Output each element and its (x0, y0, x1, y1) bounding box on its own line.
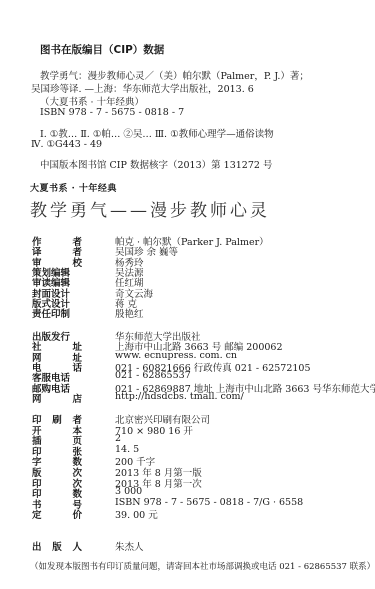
cip-line-1: 教学勇气：漫步教师心灵／（美）帕尔默（Palmer，P. J.）著； (40, 68, 309, 82)
cip-line-3: （大夏书系 · 十年经典） (40, 94, 144, 108)
publisher-person-label: 出版人 (32, 539, 82, 553)
publisher-value: http://hdsdcbs. tmall. com/ (115, 391, 244, 405)
printing-row: 定价39. 00 元 (32, 507, 158, 521)
cip-isbn: ISBN 978 - 7 - 5675 - 0818 - 7 (40, 107, 184, 118)
credit-row: 责任印制殷艳红 (32, 306, 144, 320)
quality-notice: （如发现本版图书有印订质量问题，请寄回本社市场部调换或电话 021 - 6286… (30, 560, 375, 572)
publisher-person-value: 朱杰人 (115, 539, 144, 553)
cip-classification-2: Ⅳ. ①G443 - 49 (31, 139, 102, 150)
cip-classification-1: Ⅰ. ①教… Ⅱ. ①帕… ②吴… Ⅲ. ①教师心理学—通俗读物 (40, 126, 274, 140)
book-title: 教学勇气——漫步教师心灵 (30, 196, 270, 221)
credit-value: 殷艳红 (115, 306, 144, 320)
publisher-person-row: 出版人朱杰人 (32, 539, 144, 553)
series-name: 大夏书系 · 十年经典 (30, 181, 117, 194)
publisher-row: 网店http://hdsdcbs. tmall. com/ (32, 391, 244, 405)
printing-label: 定价 (32, 507, 82, 521)
printing-value: 710 × 980 16 开 (115, 423, 193, 437)
cip-title: 图书在版编目（CIP）数据 (40, 42, 164, 57)
publisher-label: 网店 (32, 391, 82, 405)
cip-verify-number: 中国版本图书馆 CIP 数据核字（2013）第 131272 号 (40, 157, 272, 171)
cip-line-2: 吴国珍等译. —上海：华东师范大学出版社，2013. 6 (31, 81, 254, 95)
printing-value: 39. 00 元 (115, 507, 158, 521)
credit-label: 责任印制 (32, 306, 82, 320)
